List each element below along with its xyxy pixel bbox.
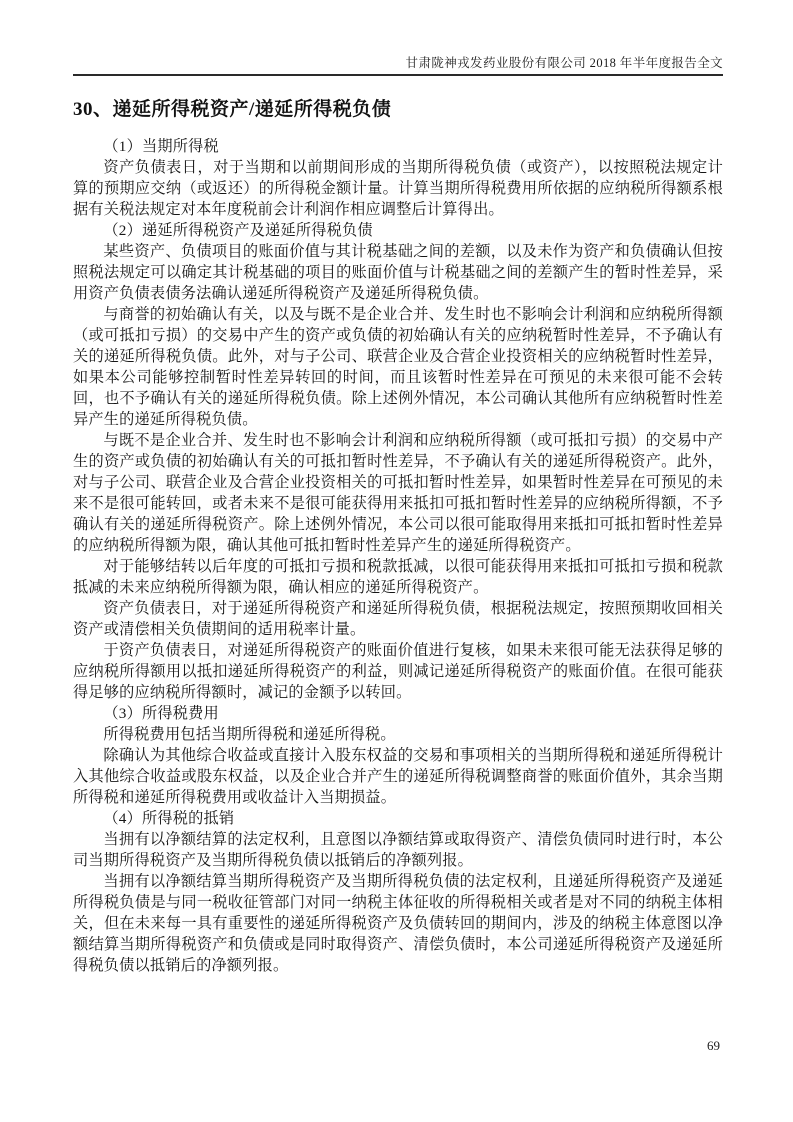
paragraph: 所得税费用包括当期所得税和递延所得税。 xyxy=(73,724,723,745)
paragraph: 某些资产、负债项目的账面价值与其计税基础之间的差额，以及未作为资产和负债确认但按… xyxy=(73,241,723,304)
paragraph: 资产负债表日，对于递延所得税资产和递延所得税负债，根据税法规定，按照预期收回相关… xyxy=(73,598,723,640)
paragraph: 资产负债表日，对于当期和以前期间形成的当期所得税负债（或资产），以按照税法规定计… xyxy=(73,157,723,220)
header-rule xyxy=(73,74,723,76)
report-header: 甘肃陇神戎发药业股份有限公司 2018 年半年度报告全文 xyxy=(73,0,723,72)
paragraph: 除确认为其他综合收益或直接计入股东权益的交易和事项相关的当期所得税和递延所得税计… xyxy=(73,745,723,808)
section-content: （1）当期所得税 资产负债表日，对于当期和以前期间形成的当期所得税负债（或资产）… xyxy=(73,136,723,976)
paragraph: 当拥有以净额结算当期所得税资产及当期所得税负债的法定权利，且递延所得税资产及递延… xyxy=(73,871,723,976)
paragraph: 与商誉的初始确认有关，以及与既不是企业合并、发生时也不影响会计利润和应纳税所得额… xyxy=(73,304,723,430)
paragraph: 对于能够结转以后年度的可抵扣亏损和税款抵减，以很可能获得用来抵扣可抵扣亏损和税款… xyxy=(73,556,723,598)
paragraph: 当拥有以净额结算的法定权利，且意图以净额结算或取得资产、清偿负债同时进行时，本公… xyxy=(73,829,723,871)
paragraph: 于资产负债表日，对递延所得税资产的账面价值进行复核，如果未来很可能无法获得足够的… xyxy=(73,640,723,703)
report-header-text: 甘肃陇神戎发药业股份有限公司 2018 年半年度报告全文 xyxy=(406,56,723,70)
document-page: 甘肃陇神戎发药业股份有限公司 2018 年半年度报告全文 30、递延所得税资产/… xyxy=(73,0,723,976)
page-number: 69 xyxy=(707,1038,720,1054)
section-title: 30、递延所得税资产/递延所得税负债 xyxy=(73,98,723,122)
subsection-heading: （4）所得税的抵销 xyxy=(73,808,723,829)
subsection-heading: （1）当期所得税 xyxy=(73,136,723,157)
subsection-heading: （2）递延所得税资产及递延所得税负债 xyxy=(73,220,723,241)
paragraph: 与既不是企业合并、发生时也不影响会计利润和应纳税所得额（或可抵扣亏损）的交易中产… xyxy=(73,430,723,556)
subsection-heading: （3）所得税费用 xyxy=(73,703,723,724)
